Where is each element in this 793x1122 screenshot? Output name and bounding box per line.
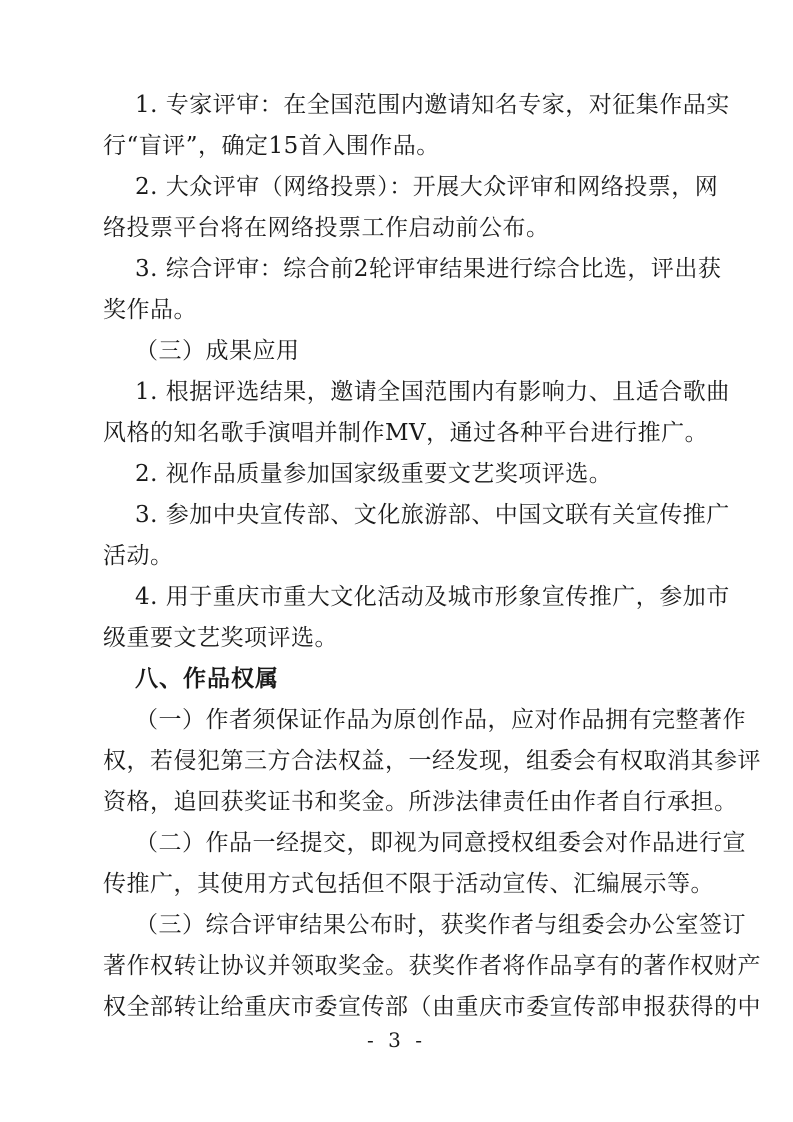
document-page: 1. 专家评审：在全国范围内邀请知名专家，对征集作品实 行“盲评”，确定15首入… [0,0,793,1122]
text-line: 级重要文艺奖项评选。 [103,622,683,654]
text-line: 1. 根据评选结果，邀请全国范围内有影响力、且适合歌曲 [135,376,683,408]
text-line: 权全部转让给重庆市委宣传部（由重庆市委宣传部申报获得的中 [103,991,683,1023]
text-line: 奖作品。 [103,294,683,326]
text-line: 4. 用于重庆市重大文化活动及城市形象宣传推广，参加市 [135,581,683,613]
page-number: - 3 - [0,1028,793,1052]
text-line: 资格，追回获奖证书和奖金。所涉法律责任由作者自行承担。 [103,786,683,818]
text-line: 3. 参加中央宣传部、文化旅游部、中国文联有关宣传推广 [135,499,683,531]
text-line: 著作权转让协议并领取奖金。获奖作者将作品享有的著作权财产 [103,950,683,982]
text-line: 权，若侵犯第三方合法权益，一经发现，组委会有权取消其参评 [103,745,683,777]
text-line: 风格的知名歌手演唱并制作MV，通过各种平台进行推广。 [103,417,683,449]
text-line: 2. 大众评审（网络投票）：开展大众评审和网络投票，网 [135,171,683,203]
text-line: 传推广，其使用方式包括但不限于活动宣传、汇编展示等。 [103,868,683,900]
text-line: 行“盲评”，确定15首入围作品。 [103,130,683,162]
text-line: 1. 专家评审：在全国范围内邀请知名专家，对征集作品实 [135,89,683,121]
section-heading: 八、作品权属 [135,663,683,695]
text-line: 2. 视作品质量参加国家级重要文艺奖项评选。 [135,458,683,490]
text-line: （二）作品一经提交，即视为同意授权组委会对作品进行宣 [135,827,683,859]
text-line: 3. 综合评审：综合前2轮评审结果进行综合比选，评出获 [135,253,683,285]
text-line: （三）综合评审结果公布时，获奖作者与组委会办公室签订 [135,909,683,941]
text-line: 活动。 [103,540,683,572]
text-line: 络投票平台将在网络投票工作启动前公布。 [103,212,683,244]
text-line: （一）作者须保证作品为原创作品，应对作品拥有完整著作 [135,704,683,736]
subsection-heading: （三）成果应用 [135,335,683,367]
